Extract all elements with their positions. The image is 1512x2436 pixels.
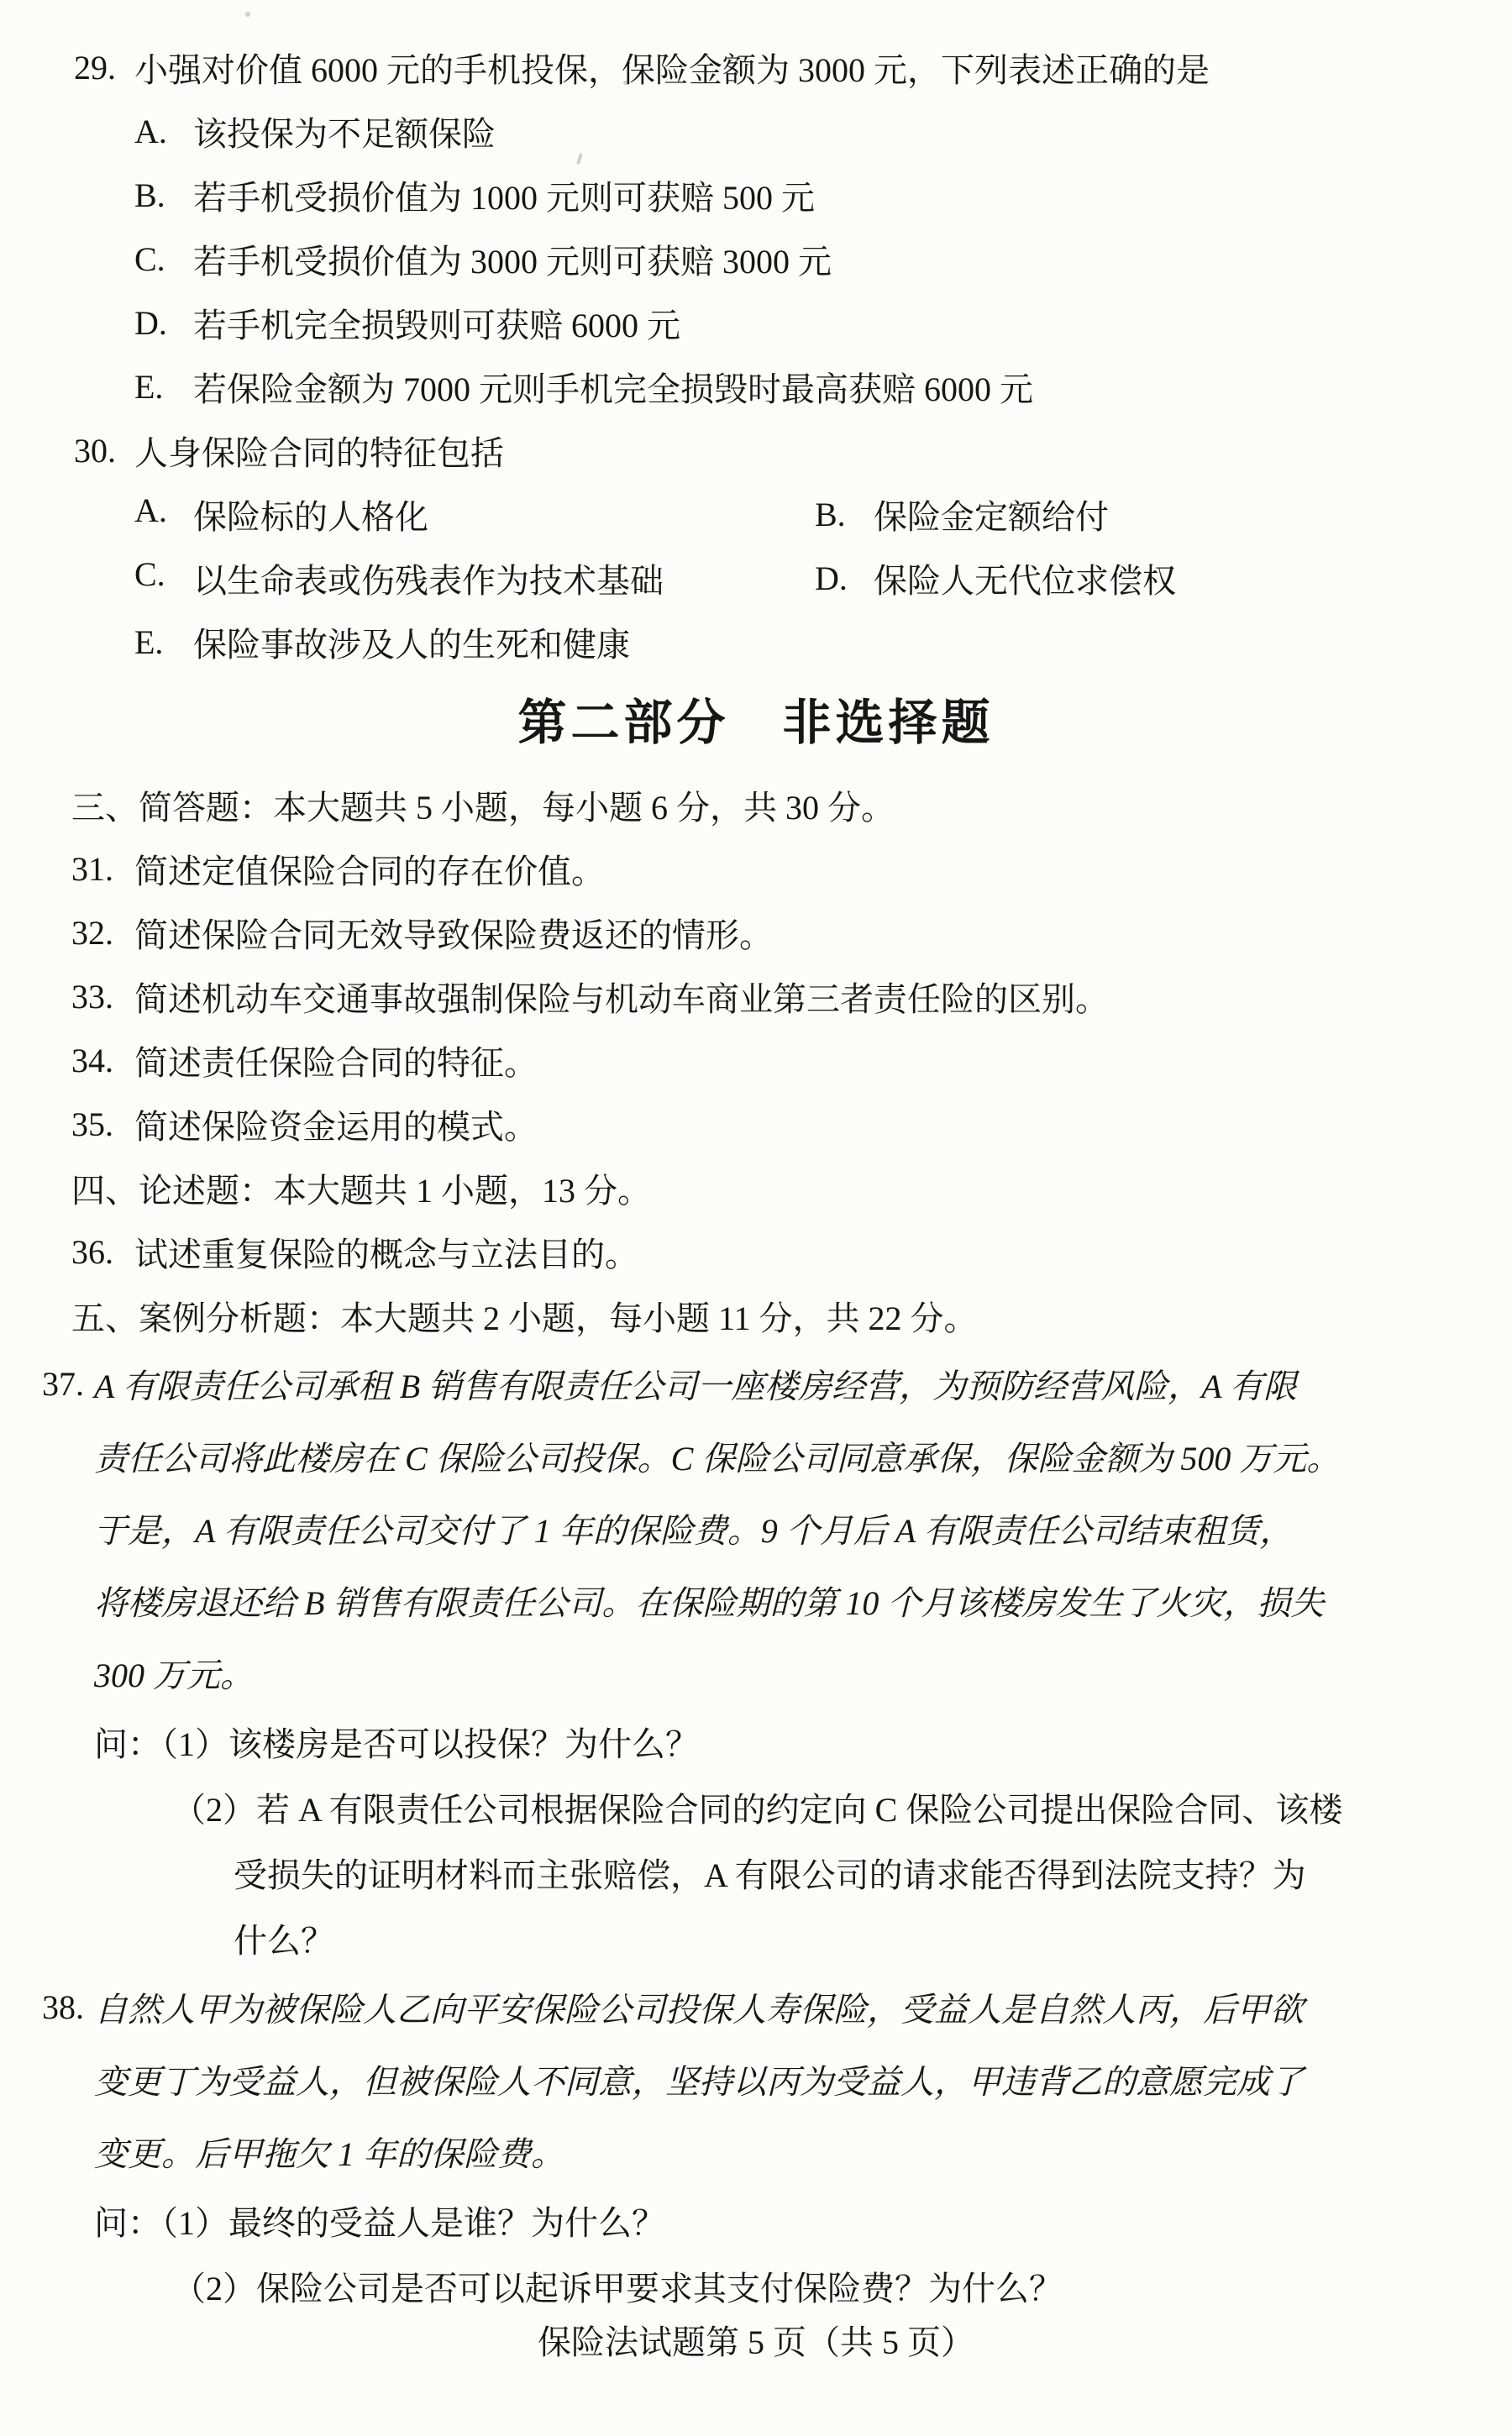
question-31: 31. 简述定值保险合同的存在价值。 <box>0 837 1512 900</box>
option-label: C. <box>134 554 193 602</box>
question-37-ask-2-cont: 受损失的证明材料而主张赔偿，A 有限公司的请求能否得到法院支持？为 <box>0 1840 1512 1905</box>
question-number: 31. <box>71 849 134 889</box>
question-37-ask-2: （2）若 A 有限责任公司根据保险合同的约定向 C 保险公司提出保险合同、该楼 <box>0 1774 1512 1840</box>
option-label: E. <box>134 622 193 662</box>
question-37-ask-2-cont: 什么？ <box>0 1905 1512 1971</box>
question-38: 38. 自然人甲为被保险人乙向平安保险公司投保人寿保险，受益人是自然人丙，后甲欲… <box>0 1971 1512 2318</box>
question-30-option-a: A. 保险标的人格化 <box>134 491 815 538</box>
option-label: D. <box>815 559 874 598</box>
option-text: 保险事故涉及人的生死和健康 <box>193 618 630 666</box>
question-number: 35. <box>71 1105 134 1144</box>
question-35: 35. 简述保险资金运用的模式。 <box>0 1092 1512 1156</box>
case-text-line: 责任公司将此楼房在 C 保险公司投保。C 保险公司同意承保，保险金额为 500 … <box>0 1420 1512 1492</box>
question-36: 36. 试述重复保险的概念与立法目的。 <box>0 1220 1512 1284</box>
scan-artifact <box>623 81 627 85</box>
option-label: D. <box>134 303 193 343</box>
option-text: 以生命表或伤残表作为技术基础 <box>193 554 815 602</box>
option-label: A. <box>134 491 193 538</box>
question-text: 简述保险资金运用的模式。 <box>134 1100 538 1148</box>
question-30-option-c: C. 以生命表或伤残表作为技术基础 <box>134 554 815 602</box>
question-number: 32. <box>71 913 134 953</box>
question-text: 简述机动车交通事故强制保险与机动车商业第三者责任险的区别。 <box>134 973 1109 1021</box>
question-38-ask-1: 问：（1）最终的受益人是谁？为什么？ <box>0 2187 1512 2253</box>
exam-page: 29. 小强对价值 6000 元的手机投保，保险金额为 3000 元，下列表述正… <box>0 0 1512 2436</box>
question-29-text: 小强对价值 6000 元的手机投保，保险金额为 3000 元，下列表述正确的是 <box>134 44 1210 92</box>
question-29-option-d: D. 若手机完全损毁则可获赔 6000 元 <box>0 291 1512 354</box>
question-30-option-b: 保险金定额给付 <box>874 491 1109 538</box>
question-text: 简述定值保险合同的存在价值。 <box>134 845 605 893</box>
case-text-line: 变更丁为受益人，但被保险人不同意，坚持以丙为受益人，甲违背乙的意愿完成了 <box>0 2043 1512 2115</box>
option-label: E. <box>134 367 193 407</box>
question-30-options-cd: C. 以生命表或伤残表作为技术基础 D. 保险人无代位求偿权 <box>0 546 1512 610</box>
question-29-stem: 29. 小强对价值 6000 元的手机投保，保险金额为 3000 元，下列表述正… <box>0 35 1512 99</box>
question-30-option-d: 保险人无代位求偿权 <box>874 554 1176 602</box>
option-text: 若保险金额为 7000 元则手机完全损毁时最高获赔 6000 元 <box>193 363 1033 411</box>
case-text-line: A 有限责任公司承租 B 销售有限责任公司一座楼房经营，为预防经营风险，A 有限 <box>0 1347 1512 1420</box>
case-text-line: 变更。后甲拖欠 1 年的保险费。 <box>0 2115 1512 2187</box>
case-text-line: 将楼房退还给 B 销售有限责任公司。在保险期的第 10 个月该楼房发生了火灾，损… <box>0 1564 1512 1636</box>
question-30-options-ab: A. 保险标的人格化 B. 保险金定额给付 <box>0 482 1512 546</box>
question-37-ask-1: 问：（1）该楼房是否可以投保？为什么？ <box>0 1709 1512 1774</box>
question-29-number: 29. <box>74 48 134 87</box>
question-32: 32. 简述保险合同无效导致保险费返还的情形。 <box>0 900 1512 964</box>
part2-title: 第二部分 非选择题 <box>0 674 1512 773</box>
option-label: C. <box>134 239 193 279</box>
question-29-option-a: A. 该投保为不足额保险 <box>0 99 1512 163</box>
question-37-number: 37. <box>42 1347 84 1420</box>
question-number: 34. <box>71 1041 134 1080</box>
option-label: B. <box>134 176 193 215</box>
question-29-option-e: E. 若保险金额为 7000 元则手机完全损毁时最高获赔 6000 元 <box>0 354 1512 418</box>
question-29-option-c: C. 若手机受损价值为 3000 元则可获赔 3000 元 <box>0 227 1512 291</box>
option-text: 该投保为不足额保险 <box>193 108 496 155</box>
question-text: 简述责任保险合同的特征。 <box>134 1037 538 1084</box>
option-text: 若手机受损价值为 1000 元则可获赔 500 元 <box>193 171 815 219</box>
question-30-text: 人身保险合同的特征包括 <box>134 427 504 475</box>
option-text: 若手机完全损毁则可获赔 6000 元 <box>193 299 680 347</box>
option-label: A. <box>134 112 193 151</box>
question-33: 33. 简述机动车交通事故强制保险与机动车商业第三者责任险的区别。 <box>0 964 1512 1028</box>
question-29-option-b: B. 若手机受损价值为 1000 元则可获赔 500 元 <box>0 163 1512 227</box>
case-text-line: 自然人甲为被保险人乙向平安保险公司投保人寿保险，受益人是自然人丙，后甲欲 <box>0 1971 1512 2043</box>
question-text: 试述重复保险的概念与立法目的。 <box>134 1228 638 1276</box>
page-footer: 保险法试题第 5 页（共 5 页） <box>0 2316 1512 2364</box>
case-text-line: 于是，A 有限责任公司交付了 1 年的保险费。9 个月后 A 有限责任公司结束租… <box>0 1492 1512 1564</box>
option-text: 若手机受损价值为 3000 元则可获赔 3000 元 <box>193 235 832 283</box>
question-30-stem: 30. 人身保险合同的特征包括 <box>0 418 1512 482</box>
question-38-number: 38. <box>42 1971 84 2043</box>
question-30-option-e: E. 保险事故涉及人的生死和健康 <box>0 610 1512 674</box>
question-37: 37. A 有限责任公司承租 B 销售有限责任公司一座楼房经营，为预防经营风险，… <box>0 1347 1512 1971</box>
option-label: B. <box>815 495 874 534</box>
section-3-header: 三、简答题：本大题共 5 小题，每小题 6 分，共 30 分。 <box>0 773 1512 837</box>
question-38-ask-2: （2）保险公司是否可以起诉甲要求其支付保险费？为什么？ <box>0 2253 1512 2318</box>
section-4-header: 四、论述题：本大题共 1 小题，13 分。 <box>0 1156 1512 1220</box>
question-30-number: 30. <box>74 431 134 470</box>
section-5-header: 五、案例分析题：本大题共 2 小题，每小题 11 分，共 22 分。 <box>0 1284 1512 1347</box>
question-number: 33. <box>71 977 134 1016</box>
exam-content: 29. 小强对价值 6000 元的手机投保，保险金额为 3000 元，下列表述正… <box>0 0 1512 2318</box>
scan-artifact <box>245 12 250 17</box>
question-number: 36. <box>71 1232 134 1272</box>
option-text: 保险标的人格化 <box>193 491 815 538</box>
question-34: 34. 简述责任保险合同的特征。 <box>0 1028 1512 1092</box>
question-text: 简述保险合同无效导致保险费返还的情形。 <box>134 909 773 957</box>
case-text-line: 300 万元。 <box>0 1636 1512 1709</box>
